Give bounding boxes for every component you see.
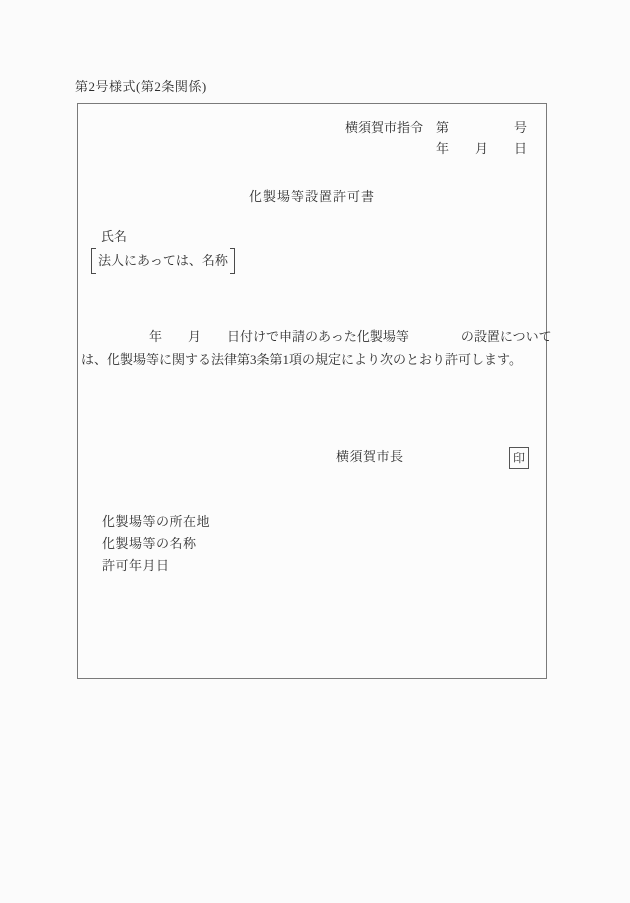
name-label: 氏名 [101,229,127,245]
field-facility-name: 化製場等の名称 [102,533,210,555]
seal-placeholder: 印 [509,447,529,469]
directive-number-line: 横須賀市指令 第 号 [345,120,527,136]
corporate-name-note: 法人にあっては、名称 [91,248,235,274]
document-title: 化製場等設置許可書 [78,189,546,205]
field-permit-date: 許可年月日 [102,555,210,577]
footer-field-list: 化製場等の所在地 化製場等の名称 許可年月日 [102,511,210,577]
form-number-label: 第2号様式(第2条関係) [75,79,207,95]
document-page: 第2号様式(第2条関係) 横須賀市指令 第 号 年 月 日 化製場等設置許可書 … [0,0,630,903]
body-text-line2: は、化製場等に関する法律第3条第1項の規定により次のとおり許可します。 [81,352,522,368]
issue-date-line: 年 月 日 [436,141,527,157]
body-text-line1: 年 月 日付けで申請のあった化製場等 の設置について [81,329,552,345]
field-facility-location: 化製場等の所在地 [102,511,210,533]
document-frame: 横須賀市指令 第 号 年 月 日 化製場等設置許可書 氏名 法人にあっては、名称… [77,103,547,679]
mayor-signature-label: 横須賀市長 [336,449,404,465]
